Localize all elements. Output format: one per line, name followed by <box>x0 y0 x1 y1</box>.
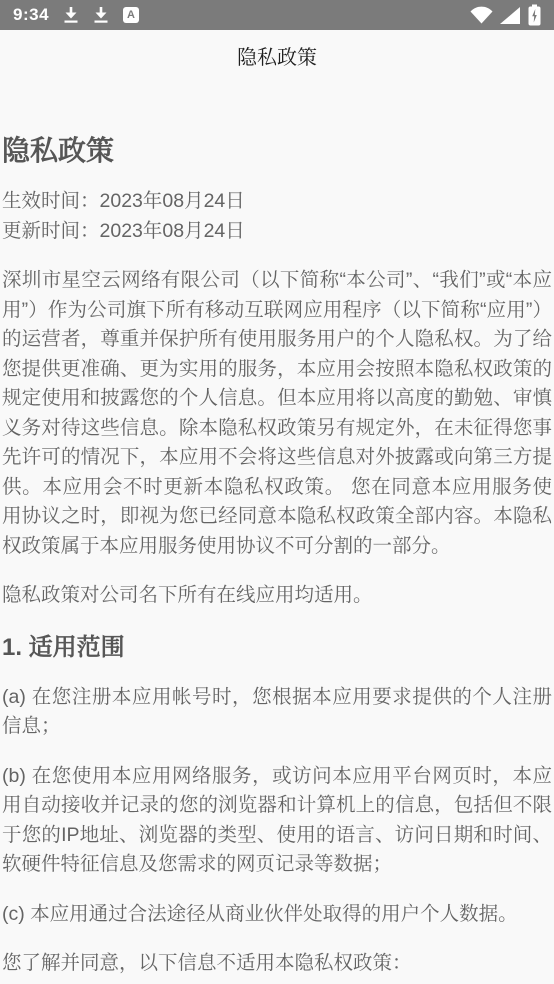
download-icon <box>63 6 79 24</box>
policy-scroll-area[interactable]: 隐私政策 生效时间：2023年08月24日 更新时间：2023年08月24日 深… <box>0 135 554 979</box>
effective-date-line: 生效时间：2023年08月24日 <box>2 190 245 212</box>
app-header: 隐私政策 <box>0 30 554 80</box>
cellular-signal-icon <box>500 7 521 24</box>
section-heading: 1. 适用范围 <box>2 633 552 663</box>
section-paragraph: (b) 在您使用本应用网络服务，或访问本应用平台网页时，本应用自动接收并记录的您… <box>2 762 552 880</box>
page-title: 隐私政策 <box>237 41 317 70</box>
document-heading: 隐私政策 <box>2 135 552 167</box>
status-bar-right <box>470 4 541 26</box>
status-bar-left: 9:34 A <box>13 0 139 30</box>
policy-dates: 生效时间：2023年08月24日 更新时间：2023年08月24日 <box>2 187 552 246</box>
status-bar: 9:34 A <box>0 0 554 30</box>
clock: 9:34 <box>13 0 49 30</box>
intro-paragraph: 深圳市星空云网络有限公司（以下简称“本公司”、“我们”或“本应用”）作为公司旗下… <box>2 266 552 561</box>
a-badge-icon: A <box>123 7 139 23</box>
updated-date-line: 更新时间：2023年08月24日 <box>2 220 245 242</box>
section-paragraph: (c) 本应用通过合法途径从商业伙伴处取得的用户个人数据。 <box>2 900 552 930</box>
download-icon <box>93 6 109 24</box>
wifi-icon <box>470 6 493 24</box>
trailing-paragraph: 您了解并同意，以下信息不适用本隐私权政策： <box>2 949 552 979</box>
battery-charging-icon <box>528 4 541 26</box>
intro-paragraph: 隐私政策对公司名下所有在线应用均适用。 <box>2 581 552 611</box>
section-paragraph: (a) 在您注册本应用帐号时，您根据本应用要求提供的个人注册信息； <box>2 683 552 742</box>
